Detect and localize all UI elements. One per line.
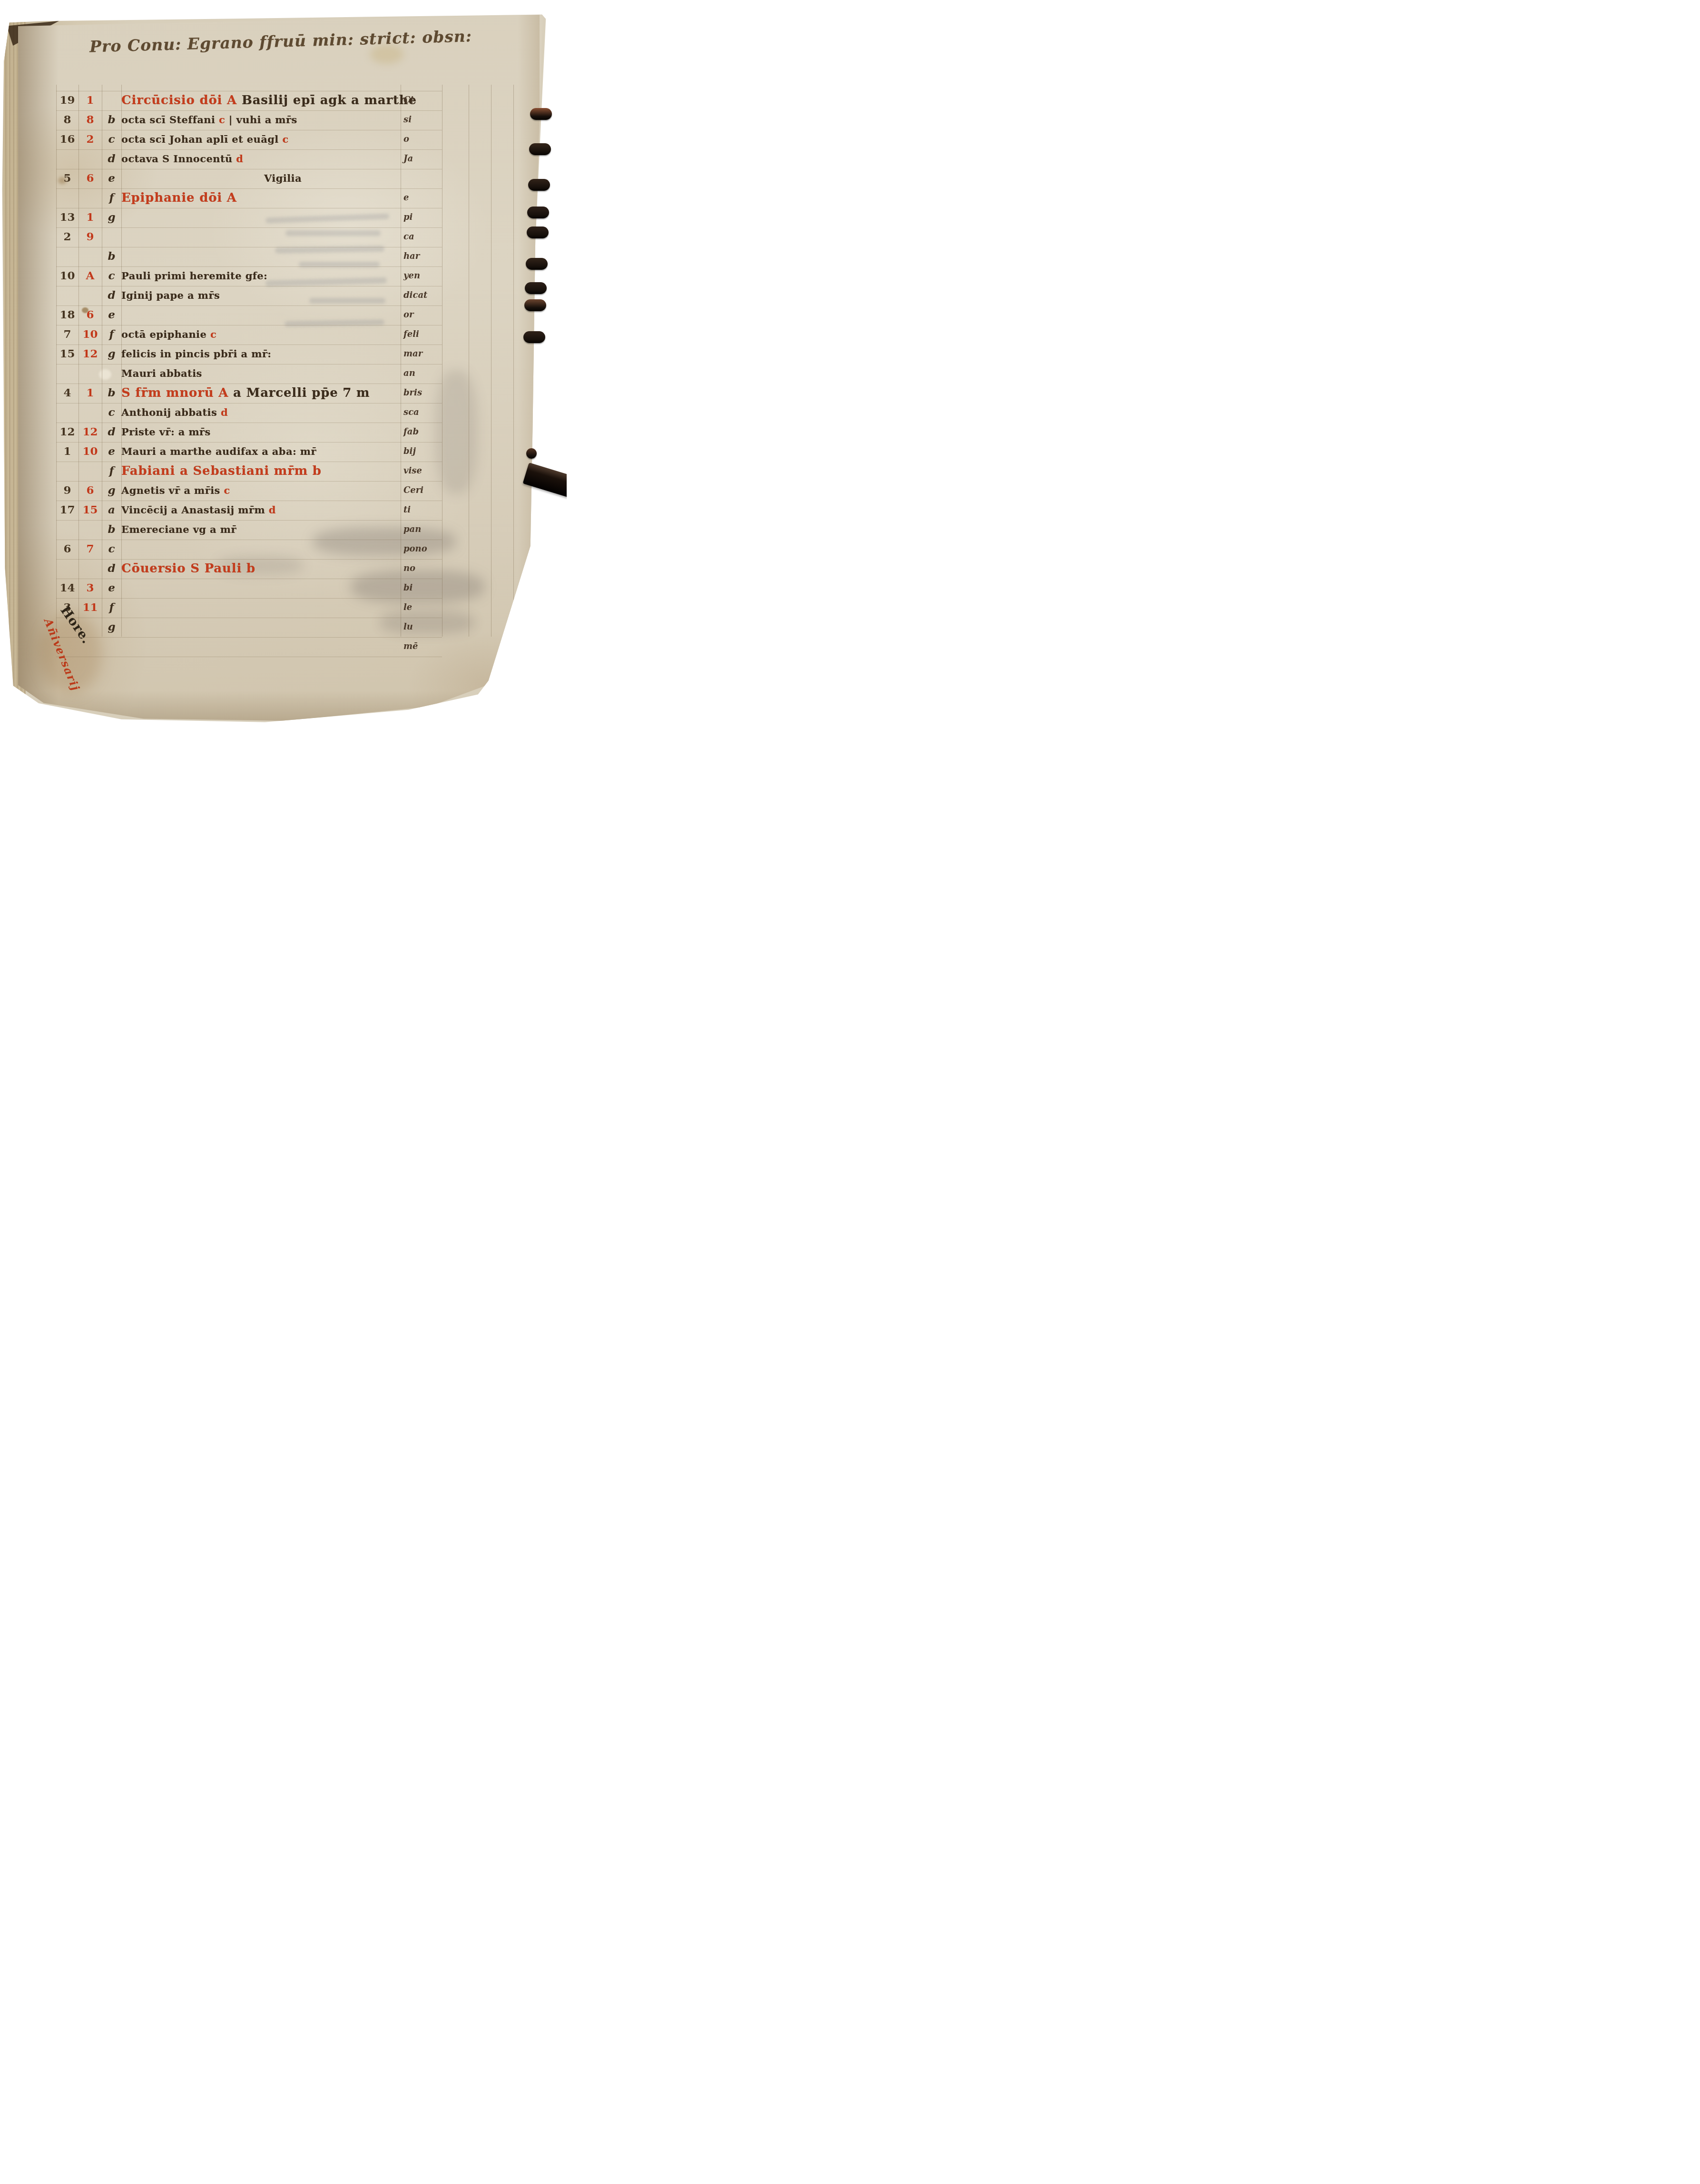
leather-index-tab <box>526 258 548 270</box>
calendar-row: 110eMauri a marthe audifax a aba: mr̄bij <box>56 443 442 462</box>
golden-number-cell: 17 <box>56 501 79 520</box>
red-number-cell: 15 <box>79 501 102 520</box>
feast-text-ink: Basilij epī agk a marthe <box>242 93 417 108</box>
feast-text-ink: Vincēcij a Anastasij mr̄m <box>121 504 269 516</box>
red-number-cell <box>79 462 102 481</box>
dominical-letter-cell: f <box>102 462 121 481</box>
leather-index-tab <box>529 143 551 155</box>
feast-text-ink: Pauli primi heremite gfe: <box>121 270 267 282</box>
feast-entry-cell: Cōuersio S Pauli b <box>121 560 401 579</box>
feast-entry-cell: S fr̄m mnorū A a Marcelli pp̄e 7 m <box>121 384 401 403</box>
feast-entry-cell <box>121 618 401 637</box>
calendar-row: glu <box>56 618 442 638</box>
golden-number-cell: 13 <box>56 208 79 227</box>
red-number-cell <box>79 403 102 423</box>
golden-number-cell: 18 <box>56 306 79 325</box>
golden-number-cell <box>56 286 79 305</box>
calendar-row: 710foctā epiphanie cfeli <box>56 325 442 345</box>
cisio-syllable-cell: Ceri <box>401 482 445 501</box>
golden-number-cell: 16 <box>56 130 79 149</box>
calendar-row: 56eVigilianūs <box>56 169 442 189</box>
cisio-syllable-cell: ca <box>401 228 445 247</box>
feast-text-ink: | vuhi a mr̄s <box>225 114 297 126</box>
feast-entry-cell: octa scī Johan aplī et euāgl c <box>121 130 401 149</box>
leather-index-tab <box>526 448 537 459</box>
red-number-cell <box>79 286 102 305</box>
golden-number-cell: 8 <box>56 111 79 130</box>
cisio-syllable-cell: Ja <box>401 150 445 169</box>
red-number-cell: 1 <box>79 208 102 227</box>
feast-entry-cell: Vigilia <box>121 169 543 188</box>
feast-text-ink: Anthonij abbatis <box>121 406 221 418</box>
dominical-letter-cell: g <box>102 208 121 227</box>
golden-number-cell <box>56 189 79 208</box>
dominical-letter-cell: f <box>102 325 121 344</box>
cisio-syllable-cell: or <box>401 306 445 325</box>
dominical-letter-cell: b <box>102 247 121 266</box>
dominical-letter-cell <box>102 638 121 657</box>
golden-number-cell: 12 <box>56 423 79 442</box>
feast-entry-cell <box>121 579 401 598</box>
calendar-row: 143ebi <box>56 579 442 599</box>
feast-text-ink: octava S Innocentū <box>121 153 236 165</box>
golden-number-cell: 5 <box>56 169 79 188</box>
feast-text-red: d <box>269 504 276 516</box>
cisio-syllable-cell: e <box>401 189 445 208</box>
feast-entry-cell <box>121 247 401 266</box>
feast-entry-cell: Agnetis vr̄ a mr̄is c <box>121 482 401 501</box>
cisio-syllable-cell: har <box>401 247 445 266</box>
leather-index-tab <box>530 108 552 120</box>
golden-number-cell: 2 <box>56 228 79 247</box>
red-number-cell <box>79 560 102 579</box>
leather-index-tab <box>523 331 545 343</box>
red-number-cell: 6 <box>79 482 102 501</box>
cisio-syllable-cell: vise <box>401 462 445 481</box>
dominical-letter-cell: c <box>102 403 121 423</box>
feast-entry-cell: Anthonij abbatis d <box>121 403 401 423</box>
golden-number-cell <box>56 462 79 481</box>
feast-text-ink: Emereciane vg a mr̄ <box>121 523 236 535</box>
feast-text-red: S fr̄m mnorū A <box>121 386 233 400</box>
golden-number-cell: 10 <box>56 267 79 286</box>
feast-text-red: c <box>219 114 225 126</box>
feast-entry-cell <box>121 638 401 657</box>
calendar-rows: 191Circūcisio dōi A Basilij epī agk a ma… <box>56 91 442 657</box>
feast-text-ink: octa scī Steffani <box>121 114 219 126</box>
calendar-row: 29ca <box>56 228 442 247</box>
golden-number-cell: 19 <box>56 91 79 110</box>
red-number-cell <box>79 521 102 540</box>
dominical-letter-cell: d <box>102 286 121 305</box>
golden-number-cell: 6 <box>56 540 79 559</box>
calendar-row: 131gpi <box>56 208 442 228</box>
leather-index-tab <box>524 299 546 311</box>
dominical-letter-cell: e <box>102 169 121 188</box>
red-number-cell: 7 <box>79 540 102 559</box>
feast-entry-cell: Fabiani a Sebastiani mr̄m b <box>121 462 401 481</box>
golden-number-cell <box>56 150 79 169</box>
cisio-syllable-cell: bi <box>401 579 445 598</box>
golden-number-cell: 4 <box>56 384 79 403</box>
dominical-letter-cell: b <box>102 111 121 130</box>
feast-text-ink: a Marcelli pp̄e 7 m <box>233 386 370 400</box>
feast-entry-cell: Priste vr̄: a mr̄s <box>121 423 401 442</box>
feast-text-ink: Mauri abbatis <box>121 367 202 379</box>
cisio-syllable-cell: mē <box>401 638 445 657</box>
dominical-letter-cell: c <box>102 130 121 149</box>
cisio-syllable-cell: si <box>401 111 445 130</box>
feast-entry-cell: octā epiphanie c <box>121 325 401 344</box>
red-number-cell: 2 <box>79 130 102 149</box>
golden-number-cell <box>56 247 79 266</box>
calendar-row: dIginij pape a mr̄sdicat <box>56 286 442 306</box>
calendar-row: cAnthonij abbatis dsca <box>56 403 442 423</box>
calendar-row: Mauri abbatisan <box>56 364 442 384</box>
feast-text-red: Cōuersio S Pauli b <box>121 561 255 576</box>
feast-entry-cell: octa scī Steffani c | vuhi a mr̄s <box>121 111 401 130</box>
feast-entry-cell: felicis in pincis pbr̄i a mr̄: <box>121 345 401 364</box>
ruled-vertical-line <box>491 85 491 637</box>
golden-number-cell <box>56 560 79 579</box>
feast-text-ink: Agnetis vr̄ a mr̄is <box>121 484 224 496</box>
golden-number-cell: 9 <box>56 482 79 501</box>
dominical-letter-cell: d <box>102 150 121 169</box>
calendar-table: 191Circūcisio dōi A Basilij epī agk a ma… <box>18 13 552 728</box>
cisio-syllable-cell: bij <box>401 443 445 462</box>
red-number-cell: 8 <box>79 111 102 130</box>
dominical-letter-cell: d <box>102 560 121 579</box>
ruled-vertical-line <box>469 85 469 637</box>
golden-number-cell: 1 <box>56 443 79 462</box>
feast-entry-cell: Iginij pape a mr̄s <box>121 286 401 305</box>
feast-entry-cell: Epiphanie dōi A <box>121 189 401 208</box>
red-number-cell <box>79 247 102 266</box>
cisio-syllable-cell: lu <box>401 618 445 637</box>
feast-text-red: Epiphanie dōi A <box>121 191 237 205</box>
calendar-row: 88bocta scī Steffani c | vuhi a mr̄ssi <box>56 111 442 130</box>
feast-text-red: c <box>210 328 216 340</box>
red-number-cell: 10 <box>79 325 102 344</box>
feast-text-red: Fabiani a Sebastiani mr̄m b <box>121 464 322 478</box>
dominical-letter-cell: f <box>102 599 121 618</box>
cisio-syllable-cell: mar <box>401 345 445 364</box>
calendar-row: 162cocta scī Johan aplī et euāgl co <box>56 130 442 150</box>
red-number-cell: 1 <box>79 91 102 110</box>
dominical-letter-cell: b <box>102 521 121 540</box>
calendar-row: 186eor <box>56 306 442 325</box>
dominical-letter-cell: b <box>102 384 121 403</box>
red-number-cell: 6 <box>79 306 102 325</box>
feast-entry-cell <box>121 228 401 247</box>
dominical-letter-cell <box>102 91 121 110</box>
calendar-row: doctava S Innocentū dJa <box>56 150 442 169</box>
red-number-cell: A <box>79 267 102 286</box>
feast-text-red: c <box>282 133 288 145</box>
calendar-row: 1512gfelicis in pincis pbr̄i a mr̄:mar <box>56 345 442 364</box>
dominical-letter-cell <box>102 228 121 247</box>
manuscript-page: Pro Conu: Egrano ffruū min: strict: obsn… <box>18 13 552 728</box>
dominical-letter-cell: e <box>102 443 121 462</box>
calendar-row: dCōuersio S Pauli bno <box>56 560 442 579</box>
red-number-cell <box>79 364 102 384</box>
calendar-row: 191Circūcisio dōi A Basilij epī agk a ma… <box>56 91 442 111</box>
feast-text-ink: Iginij pape a mr̄s <box>121 289 220 301</box>
feast-text-ink: octa scī Johan aplī et euāgl <box>121 133 282 145</box>
cisio-syllable-cell: bris <box>401 384 445 403</box>
golden-number-cell: 14 <box>56 579 79 598</box>
feast-text-ink: octā epiphanie <box>121 328 210 340</box>
feast-entry-cell <box>121 599 401 618</box>
cisio-syllable-cell: no <box>401 560 445 579</box>
cisio-syllable-cell: yen <box>401 267 445 286</box>
cisio-syllable-cell: ti <box>401 501 445 520</box>
dominical-letter-cell: g <box>102 482 121 501</box>
cisio-syllable-cell: fab <box>401 423 445 442</box>
leather-index-tab <box>528 179 550 191</box>
red-number-cell: 9 <box>79 228 102 247</box>
cisio-syllable-cell: Ci <box>401 91 445 110</box>
feast-text-red: d <box>236 153 243 165</box>
manuscript-photo: Pro Conu: Egrano ffruū min: strict: obsn… <box>0 0 567 728</box>
dominical-letter-cell: c <box>102 540 121 559</box>
calendar-row: fEpiphanie dōi Ae <box>56 189 442 208</box>
red-number-cell: 10 <box>79 443 102 462</box>
leather-index-tab <box>527 226 549 238</box>
dominical-letter-cell <box>102 364 121 384</box>
calendar-row: 96gAgnetis vr̄ a mr̄is cCeri <box>56 482 442 501</box>
calendar-row: 1212dPriste vr̄: a mr̄sfab <box>56 423 442 443</box>
dominical-letter-cell: e <box>102 579 121 598</box>
dominical-letter-cell: a <box>102 501 121 520</box>
feast-entry-cell: Mauri a marthe audifax a aba: mr̄ <box>121 443 401 462</box>
dominical-letter-cell: g <box>102 345 121 364</box>
golden-number-cell <box>56 403 79 423</box>
calendar-row: fFabiani a Sebastiani mr̄m bvise <box>56 462 442 482</box>
feast-entry-cell <box>121 306 401 325</box>
leather-index-tab <box>525 282 547 294</box>
dominical-letter-cell: f <box>102 189 121 208</box>
feast-text-red: Circūcisio dōi A <box>121 93 242 108</box>
feast-entry-cell <box>121 540 401 559</box>
feast-entry-cell: octava S Innocentū d <box>121 150 401 169</box>
dominical-letter-cell: c <box>102 267 121 286</box>
golden-number-cell <box>56 521 79 540</box>
feast-entry-cell: Pauli primi heremite gfe: <box>121 267 401 286</box>
calendar-row: 67cpono <box>56 540 442 560</box>
cisio-syllable-cell: dicat <box>401 286 445 305</box>
calendar-row: 1715aVincēcij a Anastasij mr̄m dti <box>56 501 442 521</box>
feast-entry-cell: Emereciane vg a mr̄ <box>121 521 401 540</box>
red-number-cell: 3 <box>79 579 102 598</box>
dominical-letter-cell: d <box>102 423 121 442</box>
cisio-syllable-cell: pan <box>401 521 445 540</box>
cisio-syllable-cell: pi <box>401 208 445 227</box>
feast-entry-cell: Circūcisio dōi A Basilij epī agk a marth… <box>121 91 401 110</box>
calendar-row: mē <box>56 638 442 657</box>
red-number-cell: 12 <box>79 423 102 442</box>
feast-entry-cell <box>121 208 401 227</box>
cisio-syllable-cell: an <box>401 364 445 384</box>
book: Pro Conu: Egrano ffruū min: strict: obsn… <box>0 0 552 728</box>
calendar-row: 41bS fr̄m mnorū A a Marcelli pp̄e 7 mbri… <box>56 384 442 403</box>
feast-text-ink: felicis in pincis pbr̄i a mr̄: <box>121 348 272 360</box>
feast-entry-cell: Mauri abbatis <box>121 364 401 384</box>
calendar-row: bEmereciane vg a mr̄pan <box>56 521 442 540</box>
red-number-cell <box>79 189 102 208</box>
red-number-cell: 6 <box>79 169 102 188</box>
feast-text-ink: Priste vr̄: a mr̄s <box>121 426 211 438</box>
leather-index-tab <box>527 207 549 218</box>
cisio-syllable-cell: le <box>401 599 445 618</box>
feast-text-ink: Mauri a marthe audifax a aba: mr̄ <box>121 445 316 457</box>
cisio-syllable-cell: feli <box>401 325 445 344</box>
feast-entry-cell: Vincēcij a Anastasij mr̄m d <box>121 501 401 520</box>
cisio-syllable-cell: pono <box>401 540 445 559</box>
ruled-vertical-line <box>513 85 514 637</box>
dominical-letter-cell: e <box>102 306 121 325</box>
golden-number-cell: 15 <box>56 345 79 364</box>
calendar-row: bhar <box>56 247 442 267</box>
calendar-row: 311fle <box>56 599 442 618</box>
cisio-syllable-cell: sca <box>401 403 445 423</box>
calendar-row: 10AcPauli primi heremite gfe:yen <box>56 267 442 286</box>
feast-text-red: d <box>221 406 228 418</box>
feast-text-red: c <box>224 484 230 496</box>
red-number-cell: 12 <box>79 345 102 364</box>
dominical-letter-cell: g <box>102 618 121 637</box>
golden-number-cell: 7 <box>56 325 79 344</box>
red-number-cell: 1 <box>79 384 102 403</box>
red-number-cell: 11 <box>79 599 102 618</box>
feast-text-ink: Vigilia <box>264 172 302 184</box>
cisio-syllable-cell: o <box>401 130 445 149</box>
golden-number-cell <box>56 364 79 384</box>
red-number-cell <box>79 150 102 169</box>
